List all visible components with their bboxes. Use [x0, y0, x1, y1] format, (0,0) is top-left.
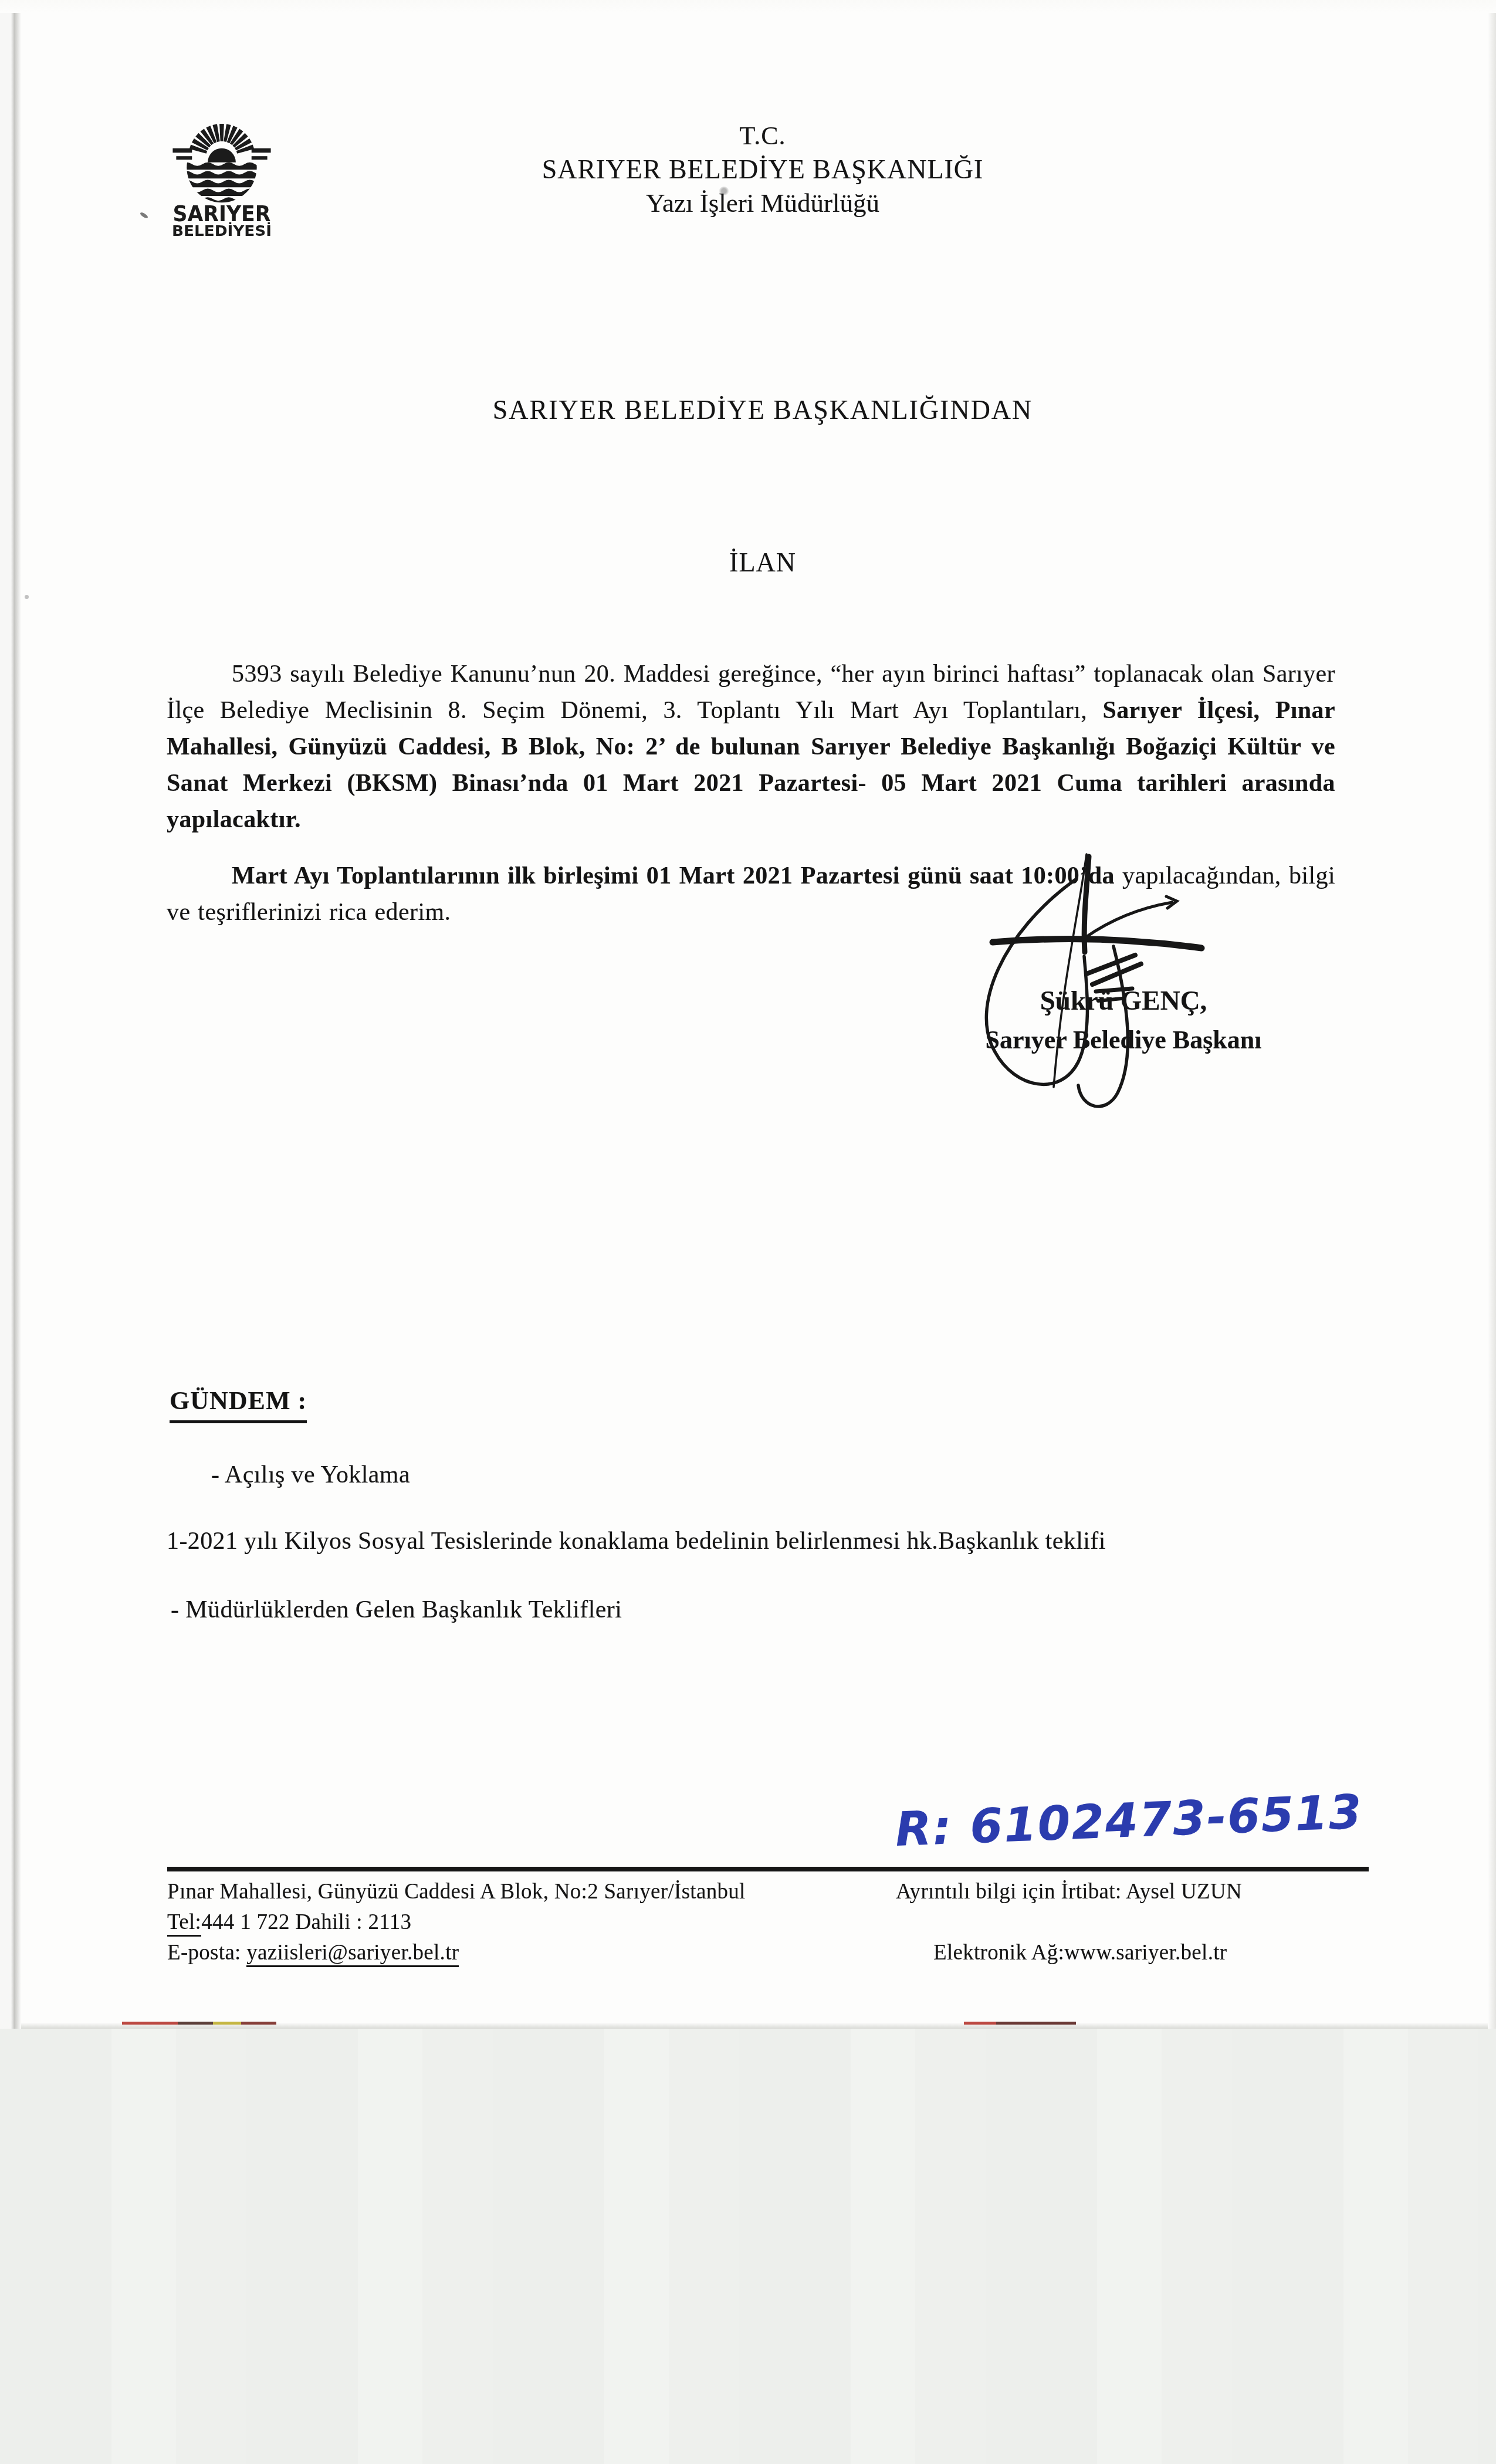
- scanned-document-page: SARIYER BELEDİYESİ T.C. SARIYER BELEDİYE…: [0, 0, 1496, 2464]
- document-title: SARIYER BELEDİYE BAŞKANLIĞINDAN: [167, 394, 1358, 425]
- page-top-edge: [0, 0, 1496, 13]
- body-paragraph-2: Mart Ayı Toplantılarının ilk birleşimi 0…: [167, 858, 1335, 930]
- logo-text-line2: BELEDİYESİ: [172, 222, 272, 239]
- scan-color-artifact: [122, 2022, 178, 2025]
- document-subtitle: İLAN: [167, 547, 1358, 578]
- telephone-label: Tel:: [167, 1910, 201, 1937]
- footer-website: Elektronik Ağ:www.sariyer.bel.tr: [933, 1940, 1227, 1967]
- agenda-heading: GÜNDEM :: [170, 1386, 307, 1423]
- page-left-edge: [0, 0, 21, 2029]
- signer-name: Şükrü GENÇ,: [947, 979, 1299, 1023]
- signer-title: Sarıyer Belediye Başkanı: [947, 1023, 1299, 1057]
- footer-telephone: Tel:444 1 722 Dahili : 2113: [167, 1909, 411, 1936]
- signature-block: Şükrü GENÇ, Sarıyer Belediye Başkanı: [947, 979, 1299, 1057]
- scan-color-artifact: [178, 2022, 213, 2025]
- paragraph-2-bold-text: Mart Ayı Toplantılarının ilk birleşimi 0…: [232, 862, 1122, 889]
- letterhead-department: Yazı İşleri Müdürlüğü: [375, 187, 1150, 219]
- email-address-link[interactable]: yaziisleri@sariyer.bel.tr: [246, 1941, 459, 1967]
- scanner-background: [0, 2029, 1496, 2464]
- scan-speck: [25, 595, 29, 599]
- scan-color-artifact: [996, 2022, 1076, 2025]
- agenda-item: - Açılış ve Yoklama: [211, 1461, 410, 1489]
- agenda-item: - Müdürlüklerden Gelen Başkanlık Teklifl…: [171, 1596, 622, 1624]
- scan-speck: [140, 211, 149, 219]
- telephone-value: 444 1 722 Dahili : 2113: [201, 1910, 411, 1934]
- footer-contact-person: Ayrıntılı bilgi için İrtibat: Aysel UZUN: [896, 1879, 1242, 1905]
- letterhead-organization: SARIYER BELEDİYE BAŞKANLIĞI: [375, 153, 1150, 187]
- footer-divider-line: [167, 1867, 1369, 1871]
- sun-over-sea-emblem-icon: SARIYER BELEDİYESİ: [169, 122, 275, 239]
- footer-email: E-posta: yaziisleri@sariyer.bel.tr: [167, 1940, 459, 1967]
- letterhead: T.C. SARIYER BELEDİYE BAŞKANLIĞI Yazı İş…: [375, 120, 1150, 219]
- page-right-edge: [1488, 0, 1496, 2029]
- email-label: E-posta:: [167, 1941, 246, 1965]
- agenda-item: 1-2021 yılı Kilyos Sosyal Tesislerinde k…: [167, 1527, 1106, 1555]
- scan-color-artifact: [964, 2022, 996, 2025]
- scan-color-artifact: [213, 2022, 241, 2025]
- body-paragraph-1: 5393 sayılı Belediye Kanunu’nun 20. Madd…: [167, 656, 1335, 838]
- scan-color-artifact: [241, 2022, 276, 2025]
- handwritten-registration-number: R: 6102473-6513: [894, 1784, 1363, 1857]
- footer-address: Pınar Mahallesi, Günyüzü Caddesi A Blok,…: [167, 1879, 746, 1905]
- sariyer-municipality-logo: SARIYER BELEDİYESİ: [169, 122, 275, 239]
- letterhead-republic: T.C.: [375, 120, 1150, 153]
